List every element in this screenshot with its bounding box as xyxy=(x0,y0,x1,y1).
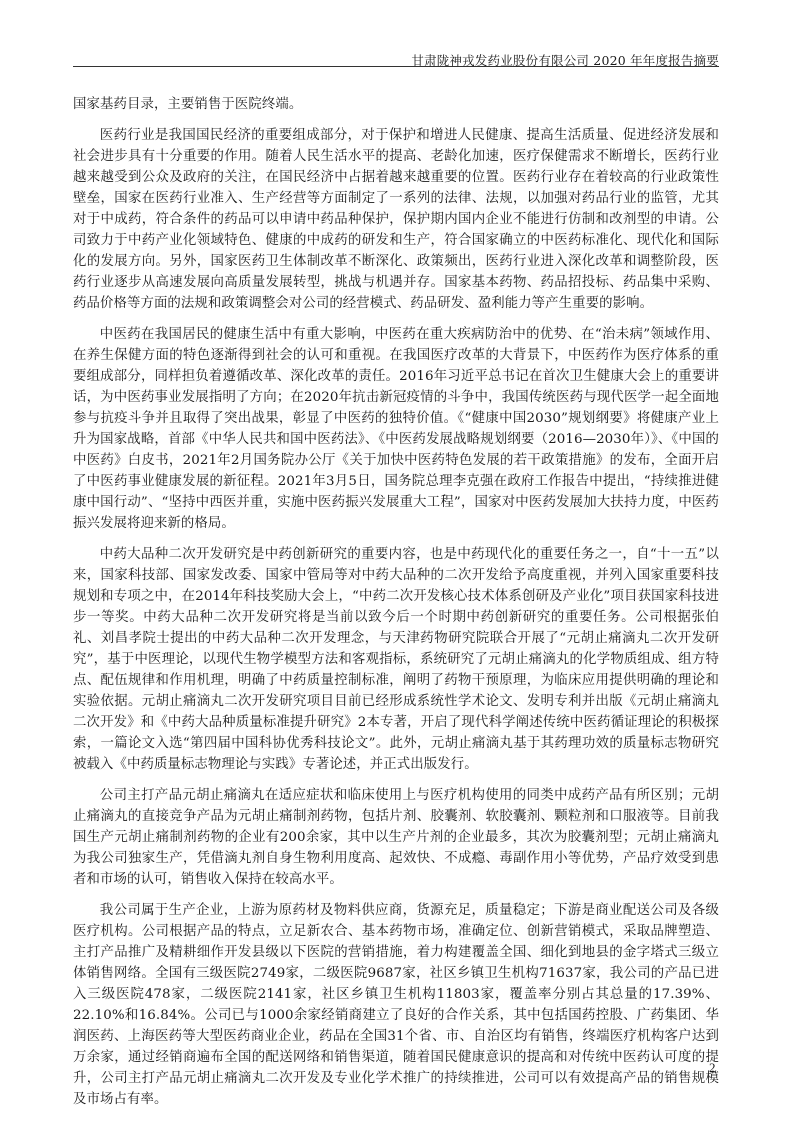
report-title: 甘肃陇神戎发药业股份有限公司 2020 年年度报告摘要 xyxy=(411,54,719,68)
document-body: 国家基药目录，主要销售于医院终端。 医药行业是我国国民经济的重要组成部分，对于保… xyxy=(73,94,719,1120)
page-number: 2 xyxy=(709,1060,716,1076)
paragraph-continuation: 国家基药目录，主要销售于医院终端。 xyxy=(73,94,719,115)
paragraph-secondary-development: 中药大品种二次开发研究是中药创新研究的重要内容，也是中药现代化的重要任务之一，自… xyxy=(73,544,719,775)
paragraph-sales-network: 我公司属于生产企业，上游为原药材及物料供应商，货源充足，质量稳定；下游是商业配送… xyxy=(73,900,719,1110)
paragraph-industry-overview: 医药行业是我国国民经济的重要组成部分，对于保护和增进人民健康、提高生活质量、促进… xyxy=(73,125,719,314)
paragraph-tcm-policy: 中医药在我国居民的健康生活中有重大影响，中医药在重大疾病防治中的优势、在“治未病… xyxy=(73,324,719,534)
paragraph-competition: 公司主打产品元胡止痛滴丸在适应症状和临床使用上与医疗机构使用的同类中成药产品有所… xyxy=(73,785,719,890)
page-header: 甘肃陇神戎发药业股份有限公司 2020 年年度报告摘要 xyxy=(73,50,719,67)
